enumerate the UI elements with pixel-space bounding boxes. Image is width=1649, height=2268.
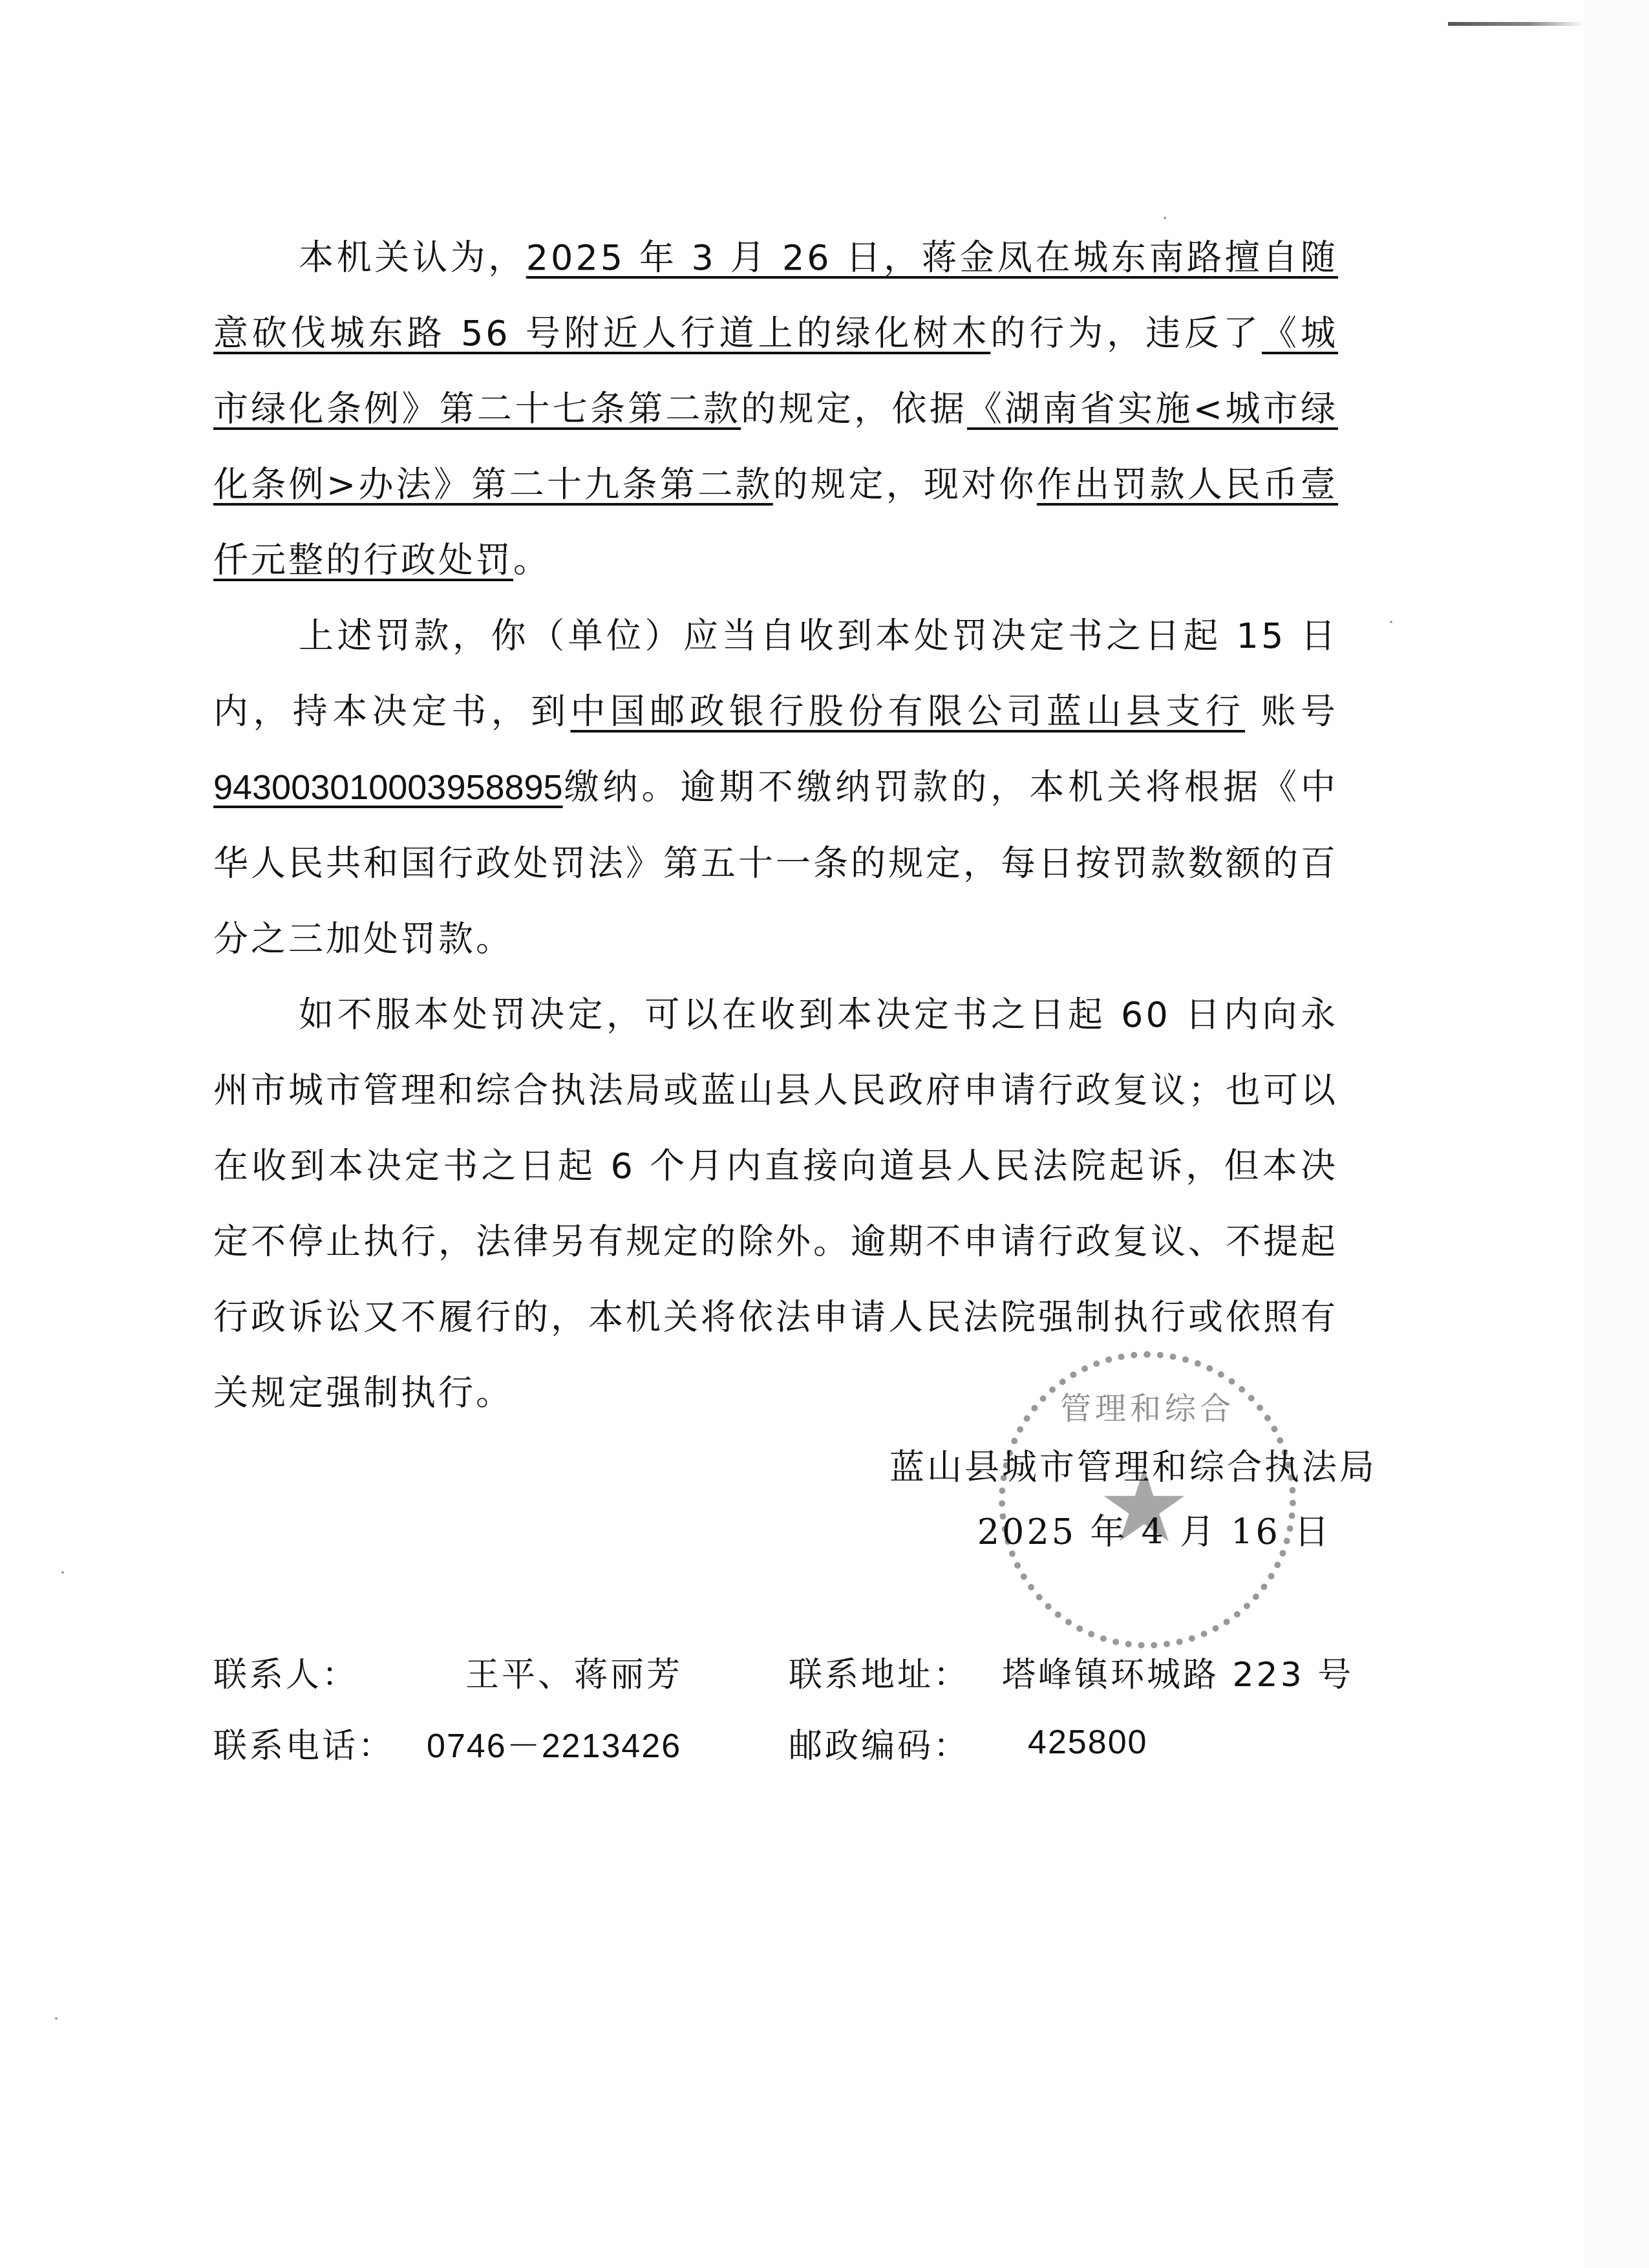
scan-speck [61,1571,64,1574]
connector-text: 的规定，依据 [741,389,967,429]
contact-row-1: 联系人： 王平、蒋丽芳 联系地址： 塔峰镇环城路 223 号 [213,1636,1364,1707]
connector-text: 的行为，违反了 [990,313,1262,354]
issue-date: 2025 年 4 月 16 日 [821,1500,1377,1565]
scan-speck [55,2017,58,2020]
connector-text: 的规定，现对你 [773,464,1037,505]
phone-label: 联系电话： [213,1718,427,1767]
zip-value: 425800 [1002,1723,1148,1762]
paragraph-prefix: 本机关认为， [299,237,526,278]
scan-top-shadow [1448,22,1585,26]
period: 。 [513,540,551,581]
issuing-organization: 蓝山县城市管理和综合执法局 [821,1435,1377,1500]
address-label: 联系地址： [789,1647,1002,1696]
signature-block: 蓝山县城市管理和综合执法局 2025 年 4 月 16 日 [821,1435,1377,1565]
account-number: 94300301000395889­5 [213,768,563,807]
seal-text: 管理和综合 [1005,1384,1290,1428]
contact-row-2: 联系电话： 0746－2213426 邮政编码： 425800 [213,1707,1364,1778]
scan-speck [1390,621,1392,623]
contact-info: 联系人： 王平、蒋丽芳 联系地址： 塔峰镇环城路 223 号 联系电话： 074… [213,1636,1364,1778]
appeal-text: 如不服本处罚决定，可以在收到本决定书之日起 60 日内向永州市城市管理和综合执法… [213,994,1338,1413]
scan-edge [1585,0,1649,2268]
account-label: 账号 [1261,691,1338,732]
phone-value: 0746－2213426 [427,1718,789,1767]
zip-label: 邮政编码： [789,1718,1002,1767]
paragraph-violation: 本机关认为，2025 年 3 月 26 日，蒋金凤在城东南路擅自随意砍伐城东路 … [213,220,1338,598]
paragraph-payment: 上述罚款，你（单位）应当自收到本处罚决定书之日起 15 日内，持本决定书，到中国… [213,598,1338,977]
bank-name: 中国邮政银行股份有限公司蓝山县支行 [570,691,1245,732]
decision-body: 本机关认为，2025 年 3 月 26 日，蒋金凤在城东南路擅自随意砍伐城东路 … [213,220,1338,1431]
scan-speck [1164,217,1166,219]
address-value: 塔峰镇环城路 223 号 [1002,1647,1354,1696]
contact-person-value: 王平、蒋丽芳 [427,1647,789,1696]
contact-person-label: 联系人： [213,1647,427,1696]
